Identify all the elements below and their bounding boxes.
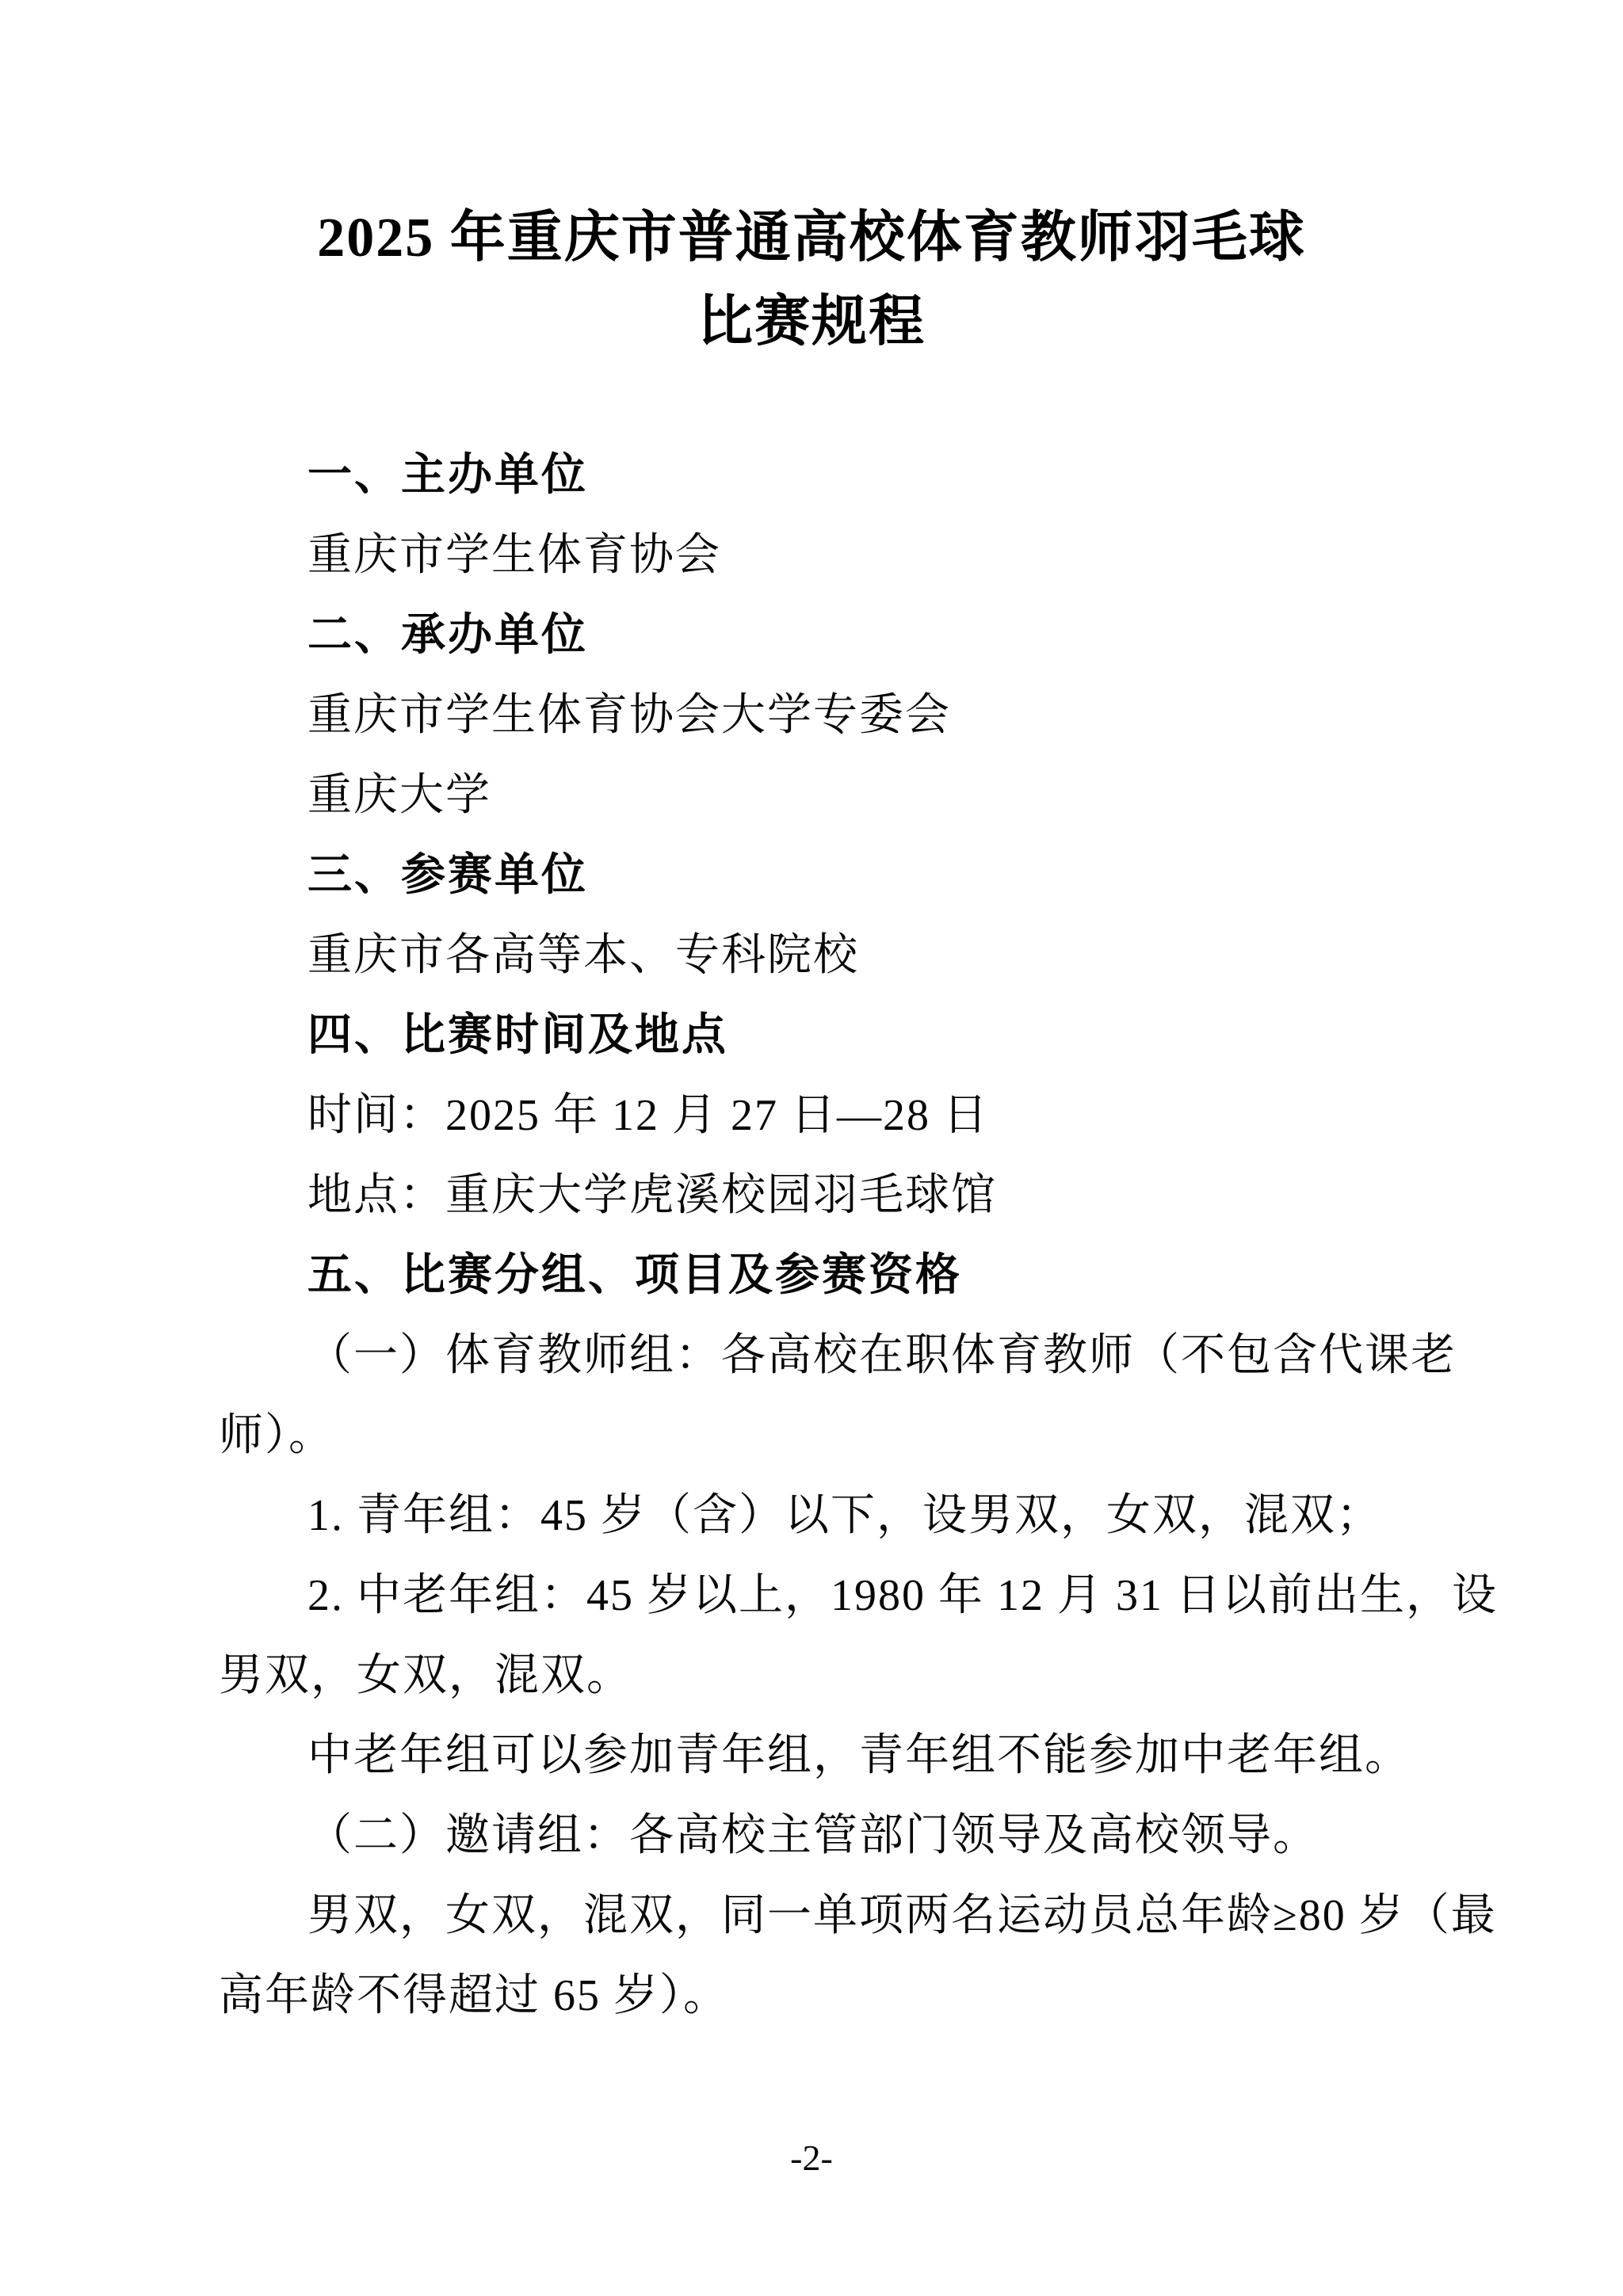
text-undertaker-university: 重庆大学: [219, 751, 1457, 831]
heading-undertaker: 二、承办单位: [219, 591, 1457, 671]
heading-groups-events-eligibility: 五、比赛分组、项目及参赛资格: [219, 1231, 1457, 1311]
text-invited-group-age-rule-line1: 男双，女双，混双，同一单项两名运动员总年龄≥80 岁（最: [219, 1871, 1457, 1951]
text-invited-group: （二）邀请组：各高校主管部门领导及高校领导。: [219, 1791, 1457, 1871]
text-competition-time: 时间：2025 年 12 月 27 日—28 日: [219, 1071, 1457, 1151]
heading-time-and-venue: 四、比赛时间及地点: [219, 991, 1457, 1071]
page-number: -2-: [0, 2137, 1623, 2179]
document-title-line-1: 2025 年重庆市普通高校体育教师羽毛球: [0, 196, 1623, 280]
text-group-participation-rule: 中老年组可以参加青年组，青年组不能参加中老年组。: [219, 1711, 1457, 1791]
text-invited-group-age-rule-line2: 高年龄不得超过 65 岁）。: [219, 1951, 1457, 2031]
text-undertaker-association: 重庆市学生体育协会大学专委会: [219, 671, 1457, 751]
text-teacher-group-line2: 师）。: [219, 1391, 1457, 1471]
document-title: 2025 年重庆市普通高校体育教师羽毛球 比赛规程: [0, 0, 1623, 364]
text-organizer: 重庆市学生体育协会: [219, 511, 1457, 591]
document-body: 一、主办单位 重庆市学生体育协会 二、承办单位 重庆市学生体育协会大学专委会 重…: [0, 431, 1623, 2031]
text-senior-group-line1: 2. 中老年组：45 岁以上，1980 年 12 月 31 日以前出生，设: [219, 1551, 1457, 1631]
text-teacher-group-line1: （一）体育教师组：各高校在职体育教师（不包含代课老: [219, 1311, 1457, 1391]
text-youth-group: 1. 青年组：45 岁（含）以下，设男双，女双，混双；: [219, 1471, 1457, 1551]
heading-participating-units: 三、参赛单位: [219, 831, 1457, 911]
document-page: 2025 年重庆市普通高校体育教师羽毛球 比赛规程 一、主办单位 重庆市学生体育…: [0, 0, 1623, 2296]
heading-organizer: 一、主办单位: [219, 431, 1457, 511]
text-competition-venue: 地点：重庆大学虎溪校园羽毛球馆: [219, 1151, 1457, 1231]
document-title-line-2: 比赛规程: [0, 280, 1623, 364]
text-senior-group-line2: 男双，女双，混双。: [219, 1631, 1457, 1711]
text-participating-units: 重庆市各高等本、专科院校: [219, 911, 1457, 991]
